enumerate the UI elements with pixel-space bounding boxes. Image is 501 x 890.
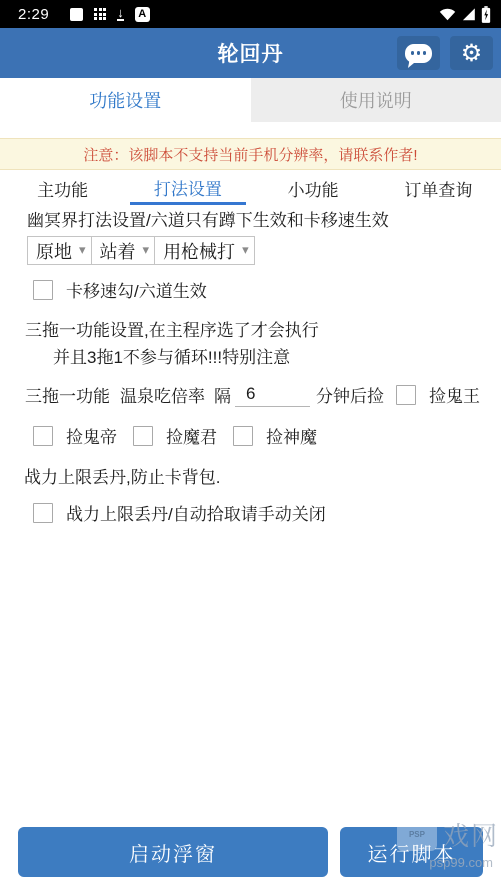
warning-banner: 注意：该脚本不支持当前手机分辨率，请联系作者!	[0, 138, 501, 170]
timer-label-1: 三拖一功能	[25, 382, 110, 407]
download-icon: ↓	[117, 7, 124, 21]
app-bar: 轮回丹 ⚙	[0, 28, 501, 78]
chevron-down-icon: ▾	[143, 243, 150, 258]
checkbox-demon-lord[interactable]	[133, 426, 153, 446]
checkbox-speed-lock[interactable]	[33, 280, 53, 300]
gear-icon: ⚙	[461, 41, 483, 65]
checkbox-ghost-king[interactable]	[396, 385, 416, 405]
chat-button[interactable]	[397, 36, 440, 70]
pickup-ghost-emperor: 捡鬼帝	[33, 423, 117, 448]
timer-row: 三拖一功能 温泉吃倍率 隔 分钟后捡 捡鬼王	[25, 382, 501, 407]
dropdown-value: 原地	[36, 238, 72, 264]
checkbox-label: 卡移速勾/六道生效	[66, 277, 207, 302]
section-title: 幽冥界打法设置/六道只有蹲下生效和卡移速生效	[27, 210, 501, 232]
tab-bar: 功能设置 使用说明	[0, 78, 501, 122]
input-a-icon: A	[135, 7, 150, 22]
speed-lock-row: 卡移速勾/六道生效	[33, 277, 501, 302]
tab-usage-instructions[interactable]: 使用说明	[251, 78, 501, 122]
subtab-label: 小功能	[288, 176, 339, 201]
pickup-god-demon: 捡神魔	[233, 423, 317, 448]
battery-charging-icon	[481, 6, 491, 23]
timer-label-3: 隔	[214, 382, 231, 407]
subtab-label: 主功能	[37, 176, 88, 201]
subtab-small-function[interactable]: 小功能	[256, 172, 371, 205]
app-screen: 2:29 ↓ A 轮回丹 ⚙ 功能设置 使用说明	[0, 0, 501, 890]
dropdown-value: 用枪械打	[163, 238, 235, 264]
status-bar: 2:29 ↓ A	[0, 0, 501, 28]
footer-actions: 启动浮窗 运行脚本	[0, 827, 501, 877]
timer-label-2: 温泉吃倍率	[120, 382, 205, 407]
power-note: 战力上限丢丹,防止卡背包.	[24, 463, 501, 488]
subtab-main-function[interactable]: 主功能	[5, 172, 120, 205]
checkbox-power-drop[interactable]	[33, 503, 53, 523]
checkbox-label: 战力上限丢丹/自动拾取请手动关闭	[66, 500, 326, 525]
status-bar-right	[439, 6, 491, 23]
tab-label: 使用说明	[340, 87, 412, 113]
pickup-demon-lord: 捡魔君	[133, 423, 217, 448]
chat-icon	[405, 44, 432, 63]
dropdown-position[interactable]: 原地 ▾	[27, 236, 92, 265]
dropdown-stance[interactable]: 站着 ▾	[91, 236, 156, 265]
note-line-2: 并且3拖1不参与循环!!!特别注意	[53, 343, 501, 368]
signal-icon	[461, 7, 476, 21]
note-line-1: 三拖一功能设置,在主程序选了才会执行	[25, 316, 501, 341]
wifi-icon	[439, 7, 456, 21]
clock: 2:29	[18, 6, 49, 23]
subtab-order-query[interactable]: 订单查询	[381, 172, 496, 205]
checkbox-ghost-emperor[interactable]	[33, 426, 53, 446]
timer-suffix: 分钟后捡	[316, 382, 384, 407]
power-drop-row: 战力上限丢丹/自动拾取请手动关闭	[33, 500, 501, 525]
status-bar-left: 2:29 ↓ A	[10, 6, 150, 23]
content-panel: 幽冥界打法设置/六道只有蹲下生效和卡移速生效 原地 ▾ 站着 ▾ 用枪械打 ▾ …	[0, 210, 501, 525]
minutes-input[interactable]	[235, 382, 310, 407]
app-bar-actions: ⚙	[397, 36, 493, 70]
subtab-play-settings[interactable]: 打法设置	[130, 172, 245, 205]
checkbox-label: 捡鬼帝	[66, 423, 117, 448]
checkbox-label: 捡神魔	[266, 423, 317, 448]
tab-function-settings[interactable]: 功能设置	[0, 78, 251, 122]
grid-icon	[94, 8, 106, 20]
start-float-window-button[interactable]: 启动浮窗	[18, 827, 328, 877]
pickup-row: 捡鬼帝 捡魔君 捡神魔	[33, 423, 501, 448]
run-script-button[interactable]: 运行脚本	[340, 827, 483, 877]
checkbox-label: 捡鬼王	[429, 382, 480, 407]
warning-text: 注意：该脚本不支持当前手机分辨率，请联系作者!	[83, 144, 417, 165]
settings-button[interactable]: ⚙	[450, 36, 493, 70]
subtab-label: 订单查询	[404, 176, 472, 201]
checkbox-label: 捡魔君	[166, 423, 217, 448]
checkbox-god-demon[interactable]	[233, 426, 253, 446]
dropdown-row: 原地 ▾ 站着 ▾ 用枪械打 ▾	[27, 236, 501, 265]
tab-label: 功能设置	[89, 87, 161, 113]
dropdown-value: 站着	[100, 238, 136, 264]
subtab-label: 打法设置	[154, 175, 222, 200]
notification-square-icon	[70, 8, 83, 21]
chevron-down-icon: ▾	[79, 243, 86, 258]
dropdown-weapon[interactable]: 用枪械打 ▾	[154, 236, 255, 265]
subtab-bar: 主功能 打法设置 小功能 订单查询	[0, 172, 501, 205]
chevron-down-icon: ▾	[242, 243, 249, 258]
